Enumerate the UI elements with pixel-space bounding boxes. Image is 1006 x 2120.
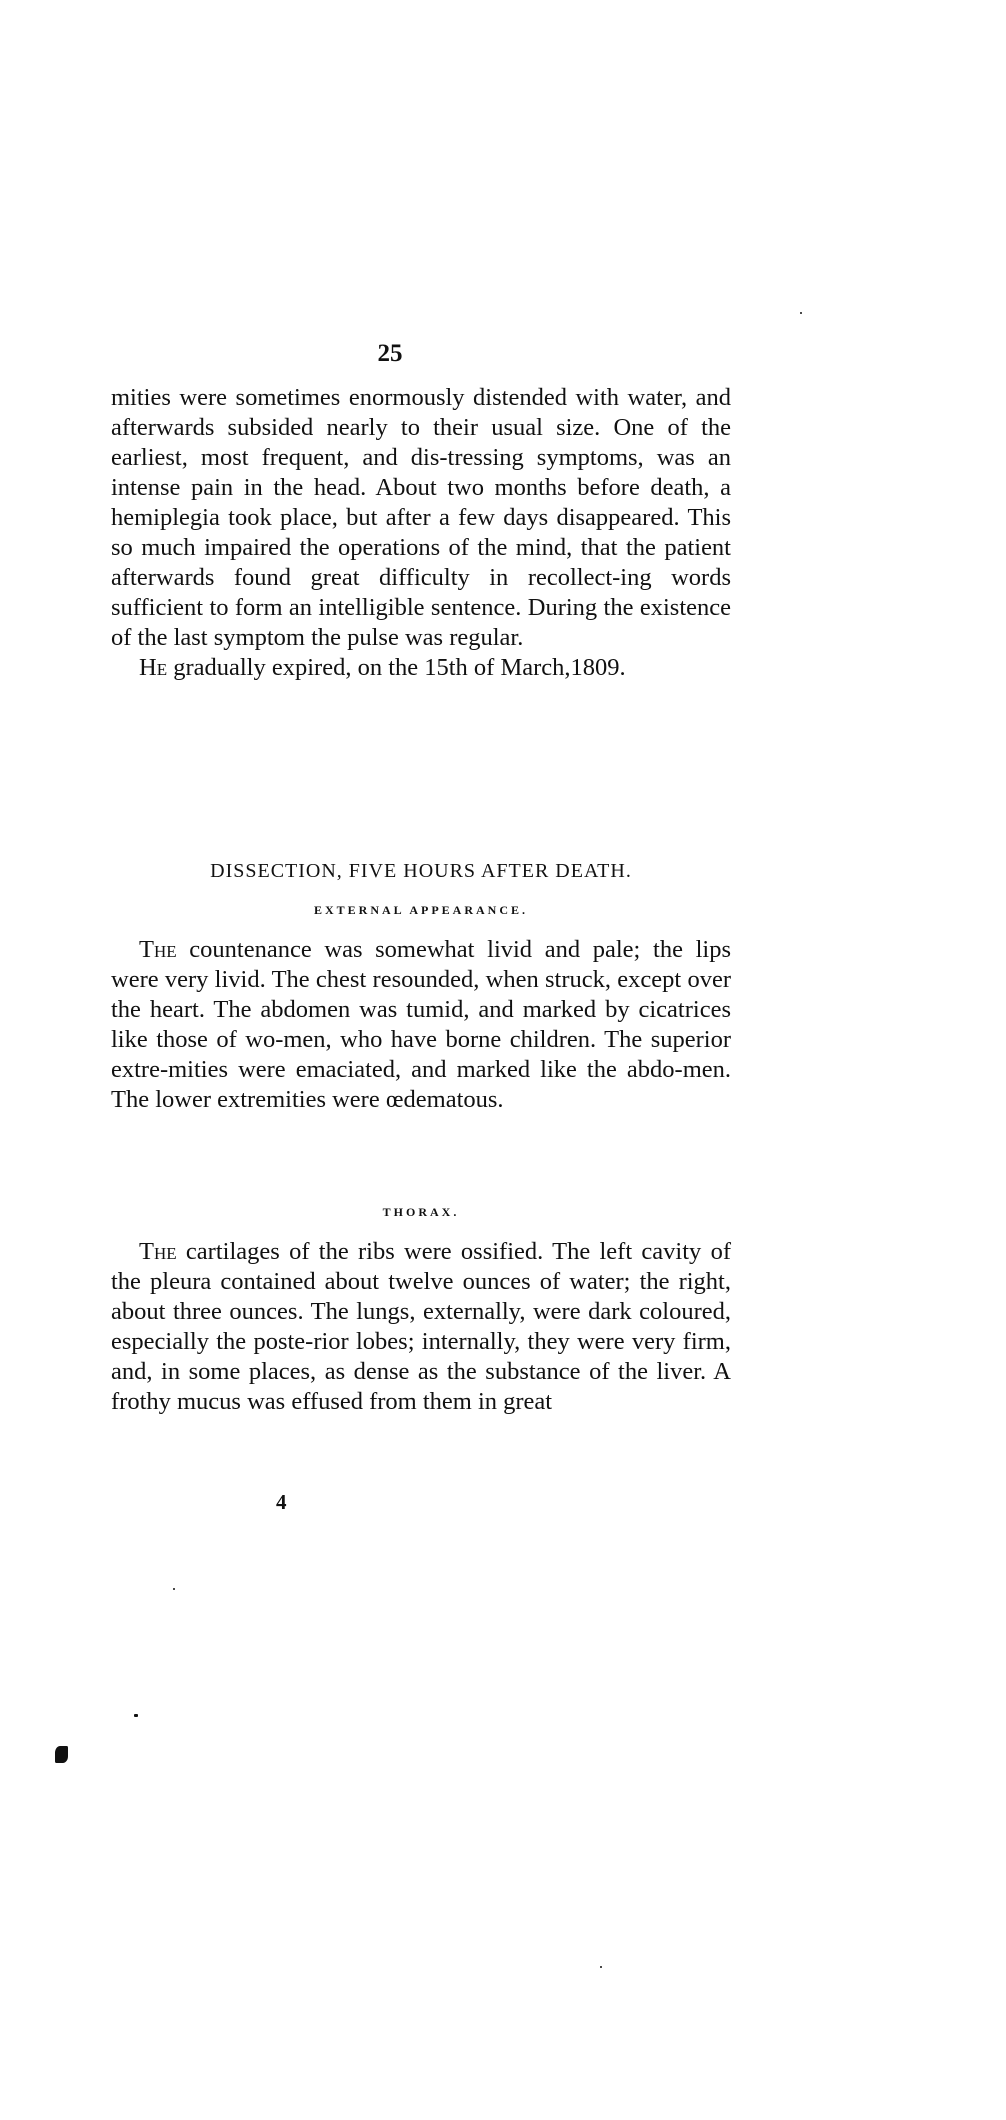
scan-speck: [134, 1714, 138, 1717]
scan-blot: [55, 1746, 68, 1763]
paragraph-external: The countenance was somewhat livid and p…: [111, 935, 731, 1115]
scan-speck: [800, 312, 802, 314]
external-appearance-section: The countenance was somewhat livid and p…: [111, 935, 731, 1115]
external-text: countenance was somewhat livid and pale;…: [111, 936, 731, 1113]
signature-mark: 4: [276, 1490, 287, 1515]
subheading-thorax: THORAX.: [111, 1205, 731, 1220]
body-paragraph-continuation: mities were sometimes enormously distend…: [111, 383, 731, 683]
scan-speck: [173, 1588, 175, 1590]
thorax-section: The cartilages of the ribs were ossified…: [111, 1237, 731, 1417]
death-date-text: gradually expired, on the 15th of March,…: [167, 654, 626, 681]
paragraph-symptoms: mities were sometimes enormously distend…: [111, 383, 731, 653]
paragraph-death-date: He gradually expired, on the 15th of Mar…: [111, 653, 731, 683]
drop-lead-he: He: [139, 654, 167, 681]
subheading-external-appearance: EXTERNAL APPEARANCE.: [111, 903, 731, 918]
section-heading-dissection: DISSECTION, FIVE HOURS AFTER DEATH.: [111, 860, 731, 883]
drop-lead-the: The: [139, 1238, 177, 1265]
drop-lead-the: The: [139, 936, 177, 963]
page-number: 25: [0, 340, 780, 368]
scan-speck: [600, 1966, 602, 1968]
thorax-text: cartilages of the ribs were ossified. Th…: [111, 1238, 731, 1415]
paragraph-thorax: The cartilages of the ribs were ossified…: [111, 1237, 731, 1417]
